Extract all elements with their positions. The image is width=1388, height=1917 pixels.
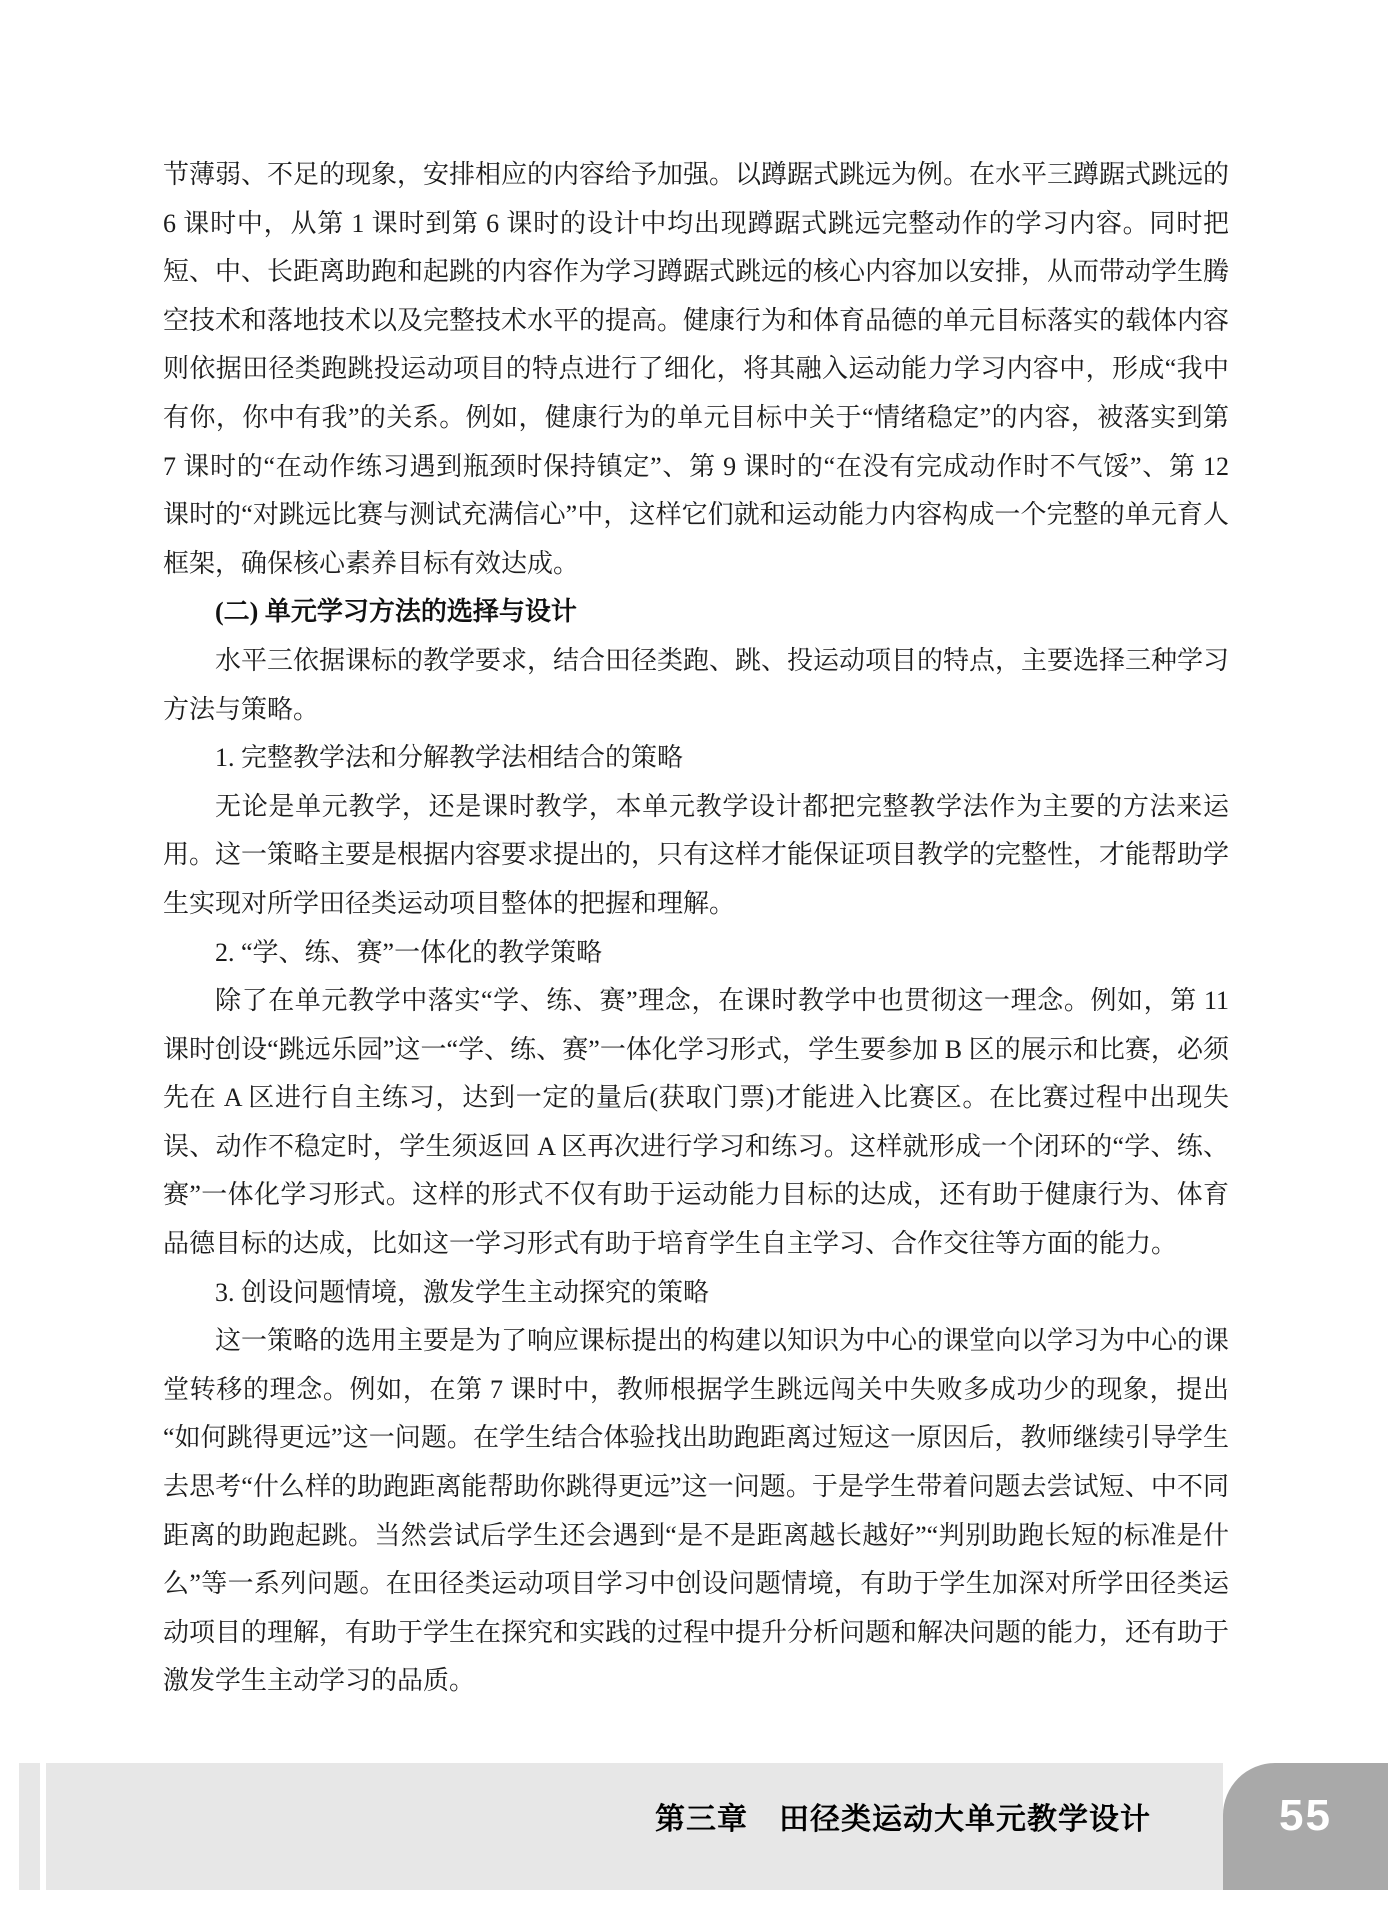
numbered-subheading: 1. 完整教学法和分解教学法相结合的策略 bbox=[163, 734, 1229, 783]
paragraph: 除了在单元教学中落实“学、练、赛”理念，在课时教学中也贯彻这一理念。例如，第 1… bbox=[163, 977, 1229, 1269]
page-number: 55 bbox=[1279, 1791, 1332, 1841]
page-number-tab: 55 bbox=[1223, 1763, 1388, 1890]
page-body-text: 节薄弱、不足的现象，安排相应的内容给予加强。以蹲踞式跳远为例。在水平三蹲踞式跳远… bbox=[163, 151, 1229, 1706]
footer-spine-block bbox=[19, 1763, 40, 1890]
section-heading: (二) 单元学习方法的选择与设计 bbox=[163, 588, 1229, 637]
book-page: 节薄弱、不足的现象，安排相应的内容给予加强。以蹲踞式跳远为例。在水平三蹲踞式跳远… bbox=[0, 0, 1388, 1917]
paragraph: 这一策略的选用主要是为了响应课标提出的构建以知识为中心的课堂向以学习为中心的课堂… bbox=[163, 1317, 1229, 1706]
footer-bar: 第三章 田径类运动大单元教学设计 bbox=[46, 1763, 1223, 1890]
paragraph: 水平三依据课标的教学要求，结合田径类跑、跳、投运动项目的特点，主要选择三种学习方… bbox=[163, 637, 1229, 734]
numbered-subheading: 2. “学、练、赛”一体化的教学策略 bbox=[163, 929, 1229, 978]
numbered-subheading: 3. 创设问题情境，激发学生主动探究的策略 bbox=[163, 1269, 1229, 1318]
paragraph: 无论是单元教学，还是课时教学，本单元教学设计都把完整教学法作为主要的方法来运用。… bbox=[163, 783, 1229, 929]
footer-chapter-title: 第三章 田径类运动大单元教学设计 bbox=[655, 1794, 1151, 1838]
paragraph: 节薄弱、不足的现象，安排相应的内容给予加强。以蹲踞式跳远为例。在水平三蹲踞式跳远… bbox=[163, 151, 1229, 588]
